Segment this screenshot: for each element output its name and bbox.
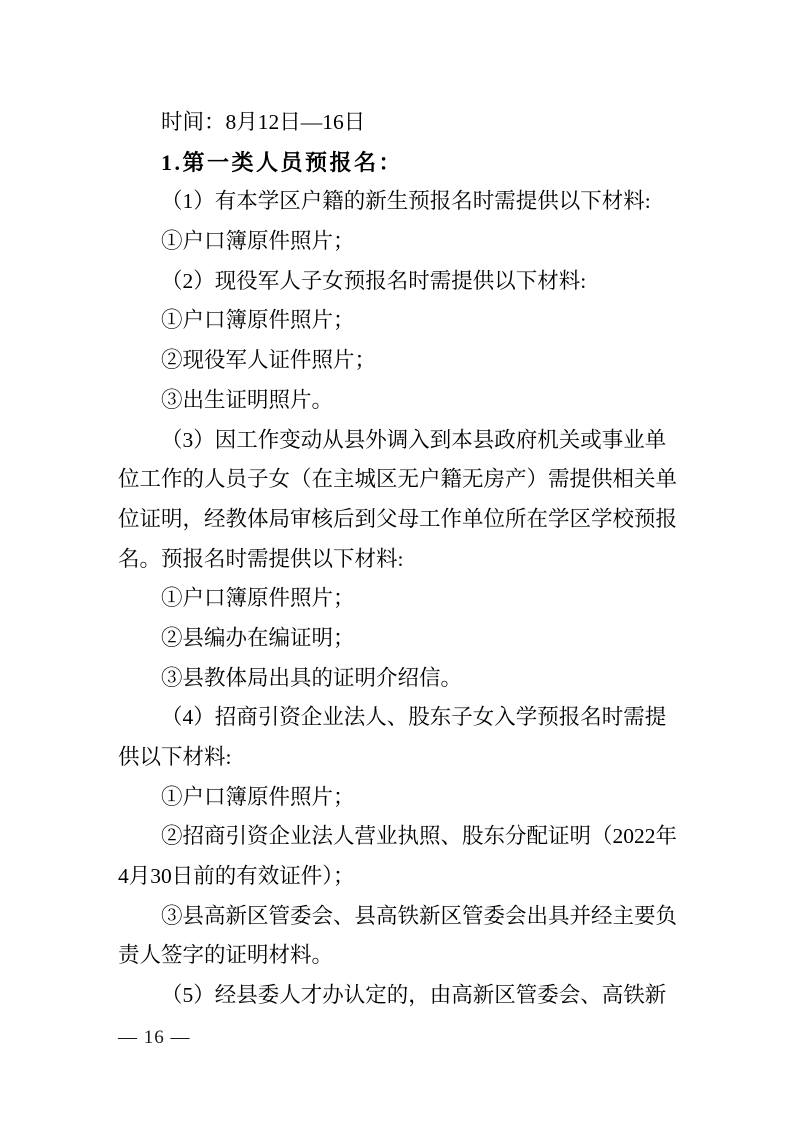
item-4-material-1: ①户口簿原件照片； xyxy=(118,778,678,818)
page-number: — 16 — xyxy=(118,1026,191,1050)
item-3-line-1: （3）因工作变动从县外调入到本县政府机关或事业单 xyxy=(118,421,678,461)
item-2-material-2: ②现役军人证件照片； xyxy=(118,341,678,381)
item-3-line-3: 位证明，经教体局审核后到父母工作单位所在学区学校预报 xyxy=(118,500,678,540)
item-4-line-1: （4）招商引资企业法人、股东子女入学预报名时需提 xyxy=(118,698,678,738)
item-3-line-2: 位工作的人员子女（在主城区无户籍无房产）需提供相关单 xyxy=(118,460,678,500)
item-4-material-2-line-2: 4月30日前的有效证件）； xyxy=(118,857,678,897)
item-2-material-3: ③出生证明照片。 xyxy=(118,381,678,421)
section-heading: 1.第一类人员预报名： xyxy=(118,143,678,183)
time-line: 时间：8月12日—16日 xyxy=(118,103,678,143)
document-body: 时间：8月12日—16日 1.第一类人员预报名： （1）有本学区户籍的新生预报名… xyxy=(118,103,678,1016)
item-3-line-4: 名。预报名时需提供以下材料: xyxy=(118,540,678,580)
item-3-material-1: ①户口簿原件照片； xyxy=(118,579,678,619)
item-4-material-3-line-1: ③县高新区管委会、县高铁新区管委会出具并经主要负 xyxy=(118,897,678,937)
item-5-line-1: （5）经县委人才办认定的，由高新区管委会、高铁新 xyxy=(118,976,678,1016)
item-4-line-2: 供以下材料: xyxy=(118,738,678,778)
item-3-material-2: ②县编办在编证明； xyxy=(118,619,678,659)
item-2-material-1: ①户口簿原件照片； xyxy=(118,301,678,341)
item-4-material-3-line-2: 责人签字的证明材料。 xyxy=(118,936,678,976)
item-1-material-1: ①户口簿原件照片； xyxy=(118,222,678,262)
document-page: 时间：8月12日—16日 1.第一类人员预报名： （1）有本学区户籍的新生预报名… xyxy=(0,0,793,1122)
item-2: （2）现役军人子女预报名时需提供以下材料: xyxy=(118,262,678,302)
item-4-material-2-line-1: ②招商引资企业法人营业执照、股东分配证明（2022年 xyxy=(118,817,678,857)
item-3-material-3: ③县教体局出具的证明介绍信。 xyxy=(118,659,678,699)
item-1: （1）有本学区户籍的新生预报名时需提供以下材料: xyxy=(118,182,678,222)
